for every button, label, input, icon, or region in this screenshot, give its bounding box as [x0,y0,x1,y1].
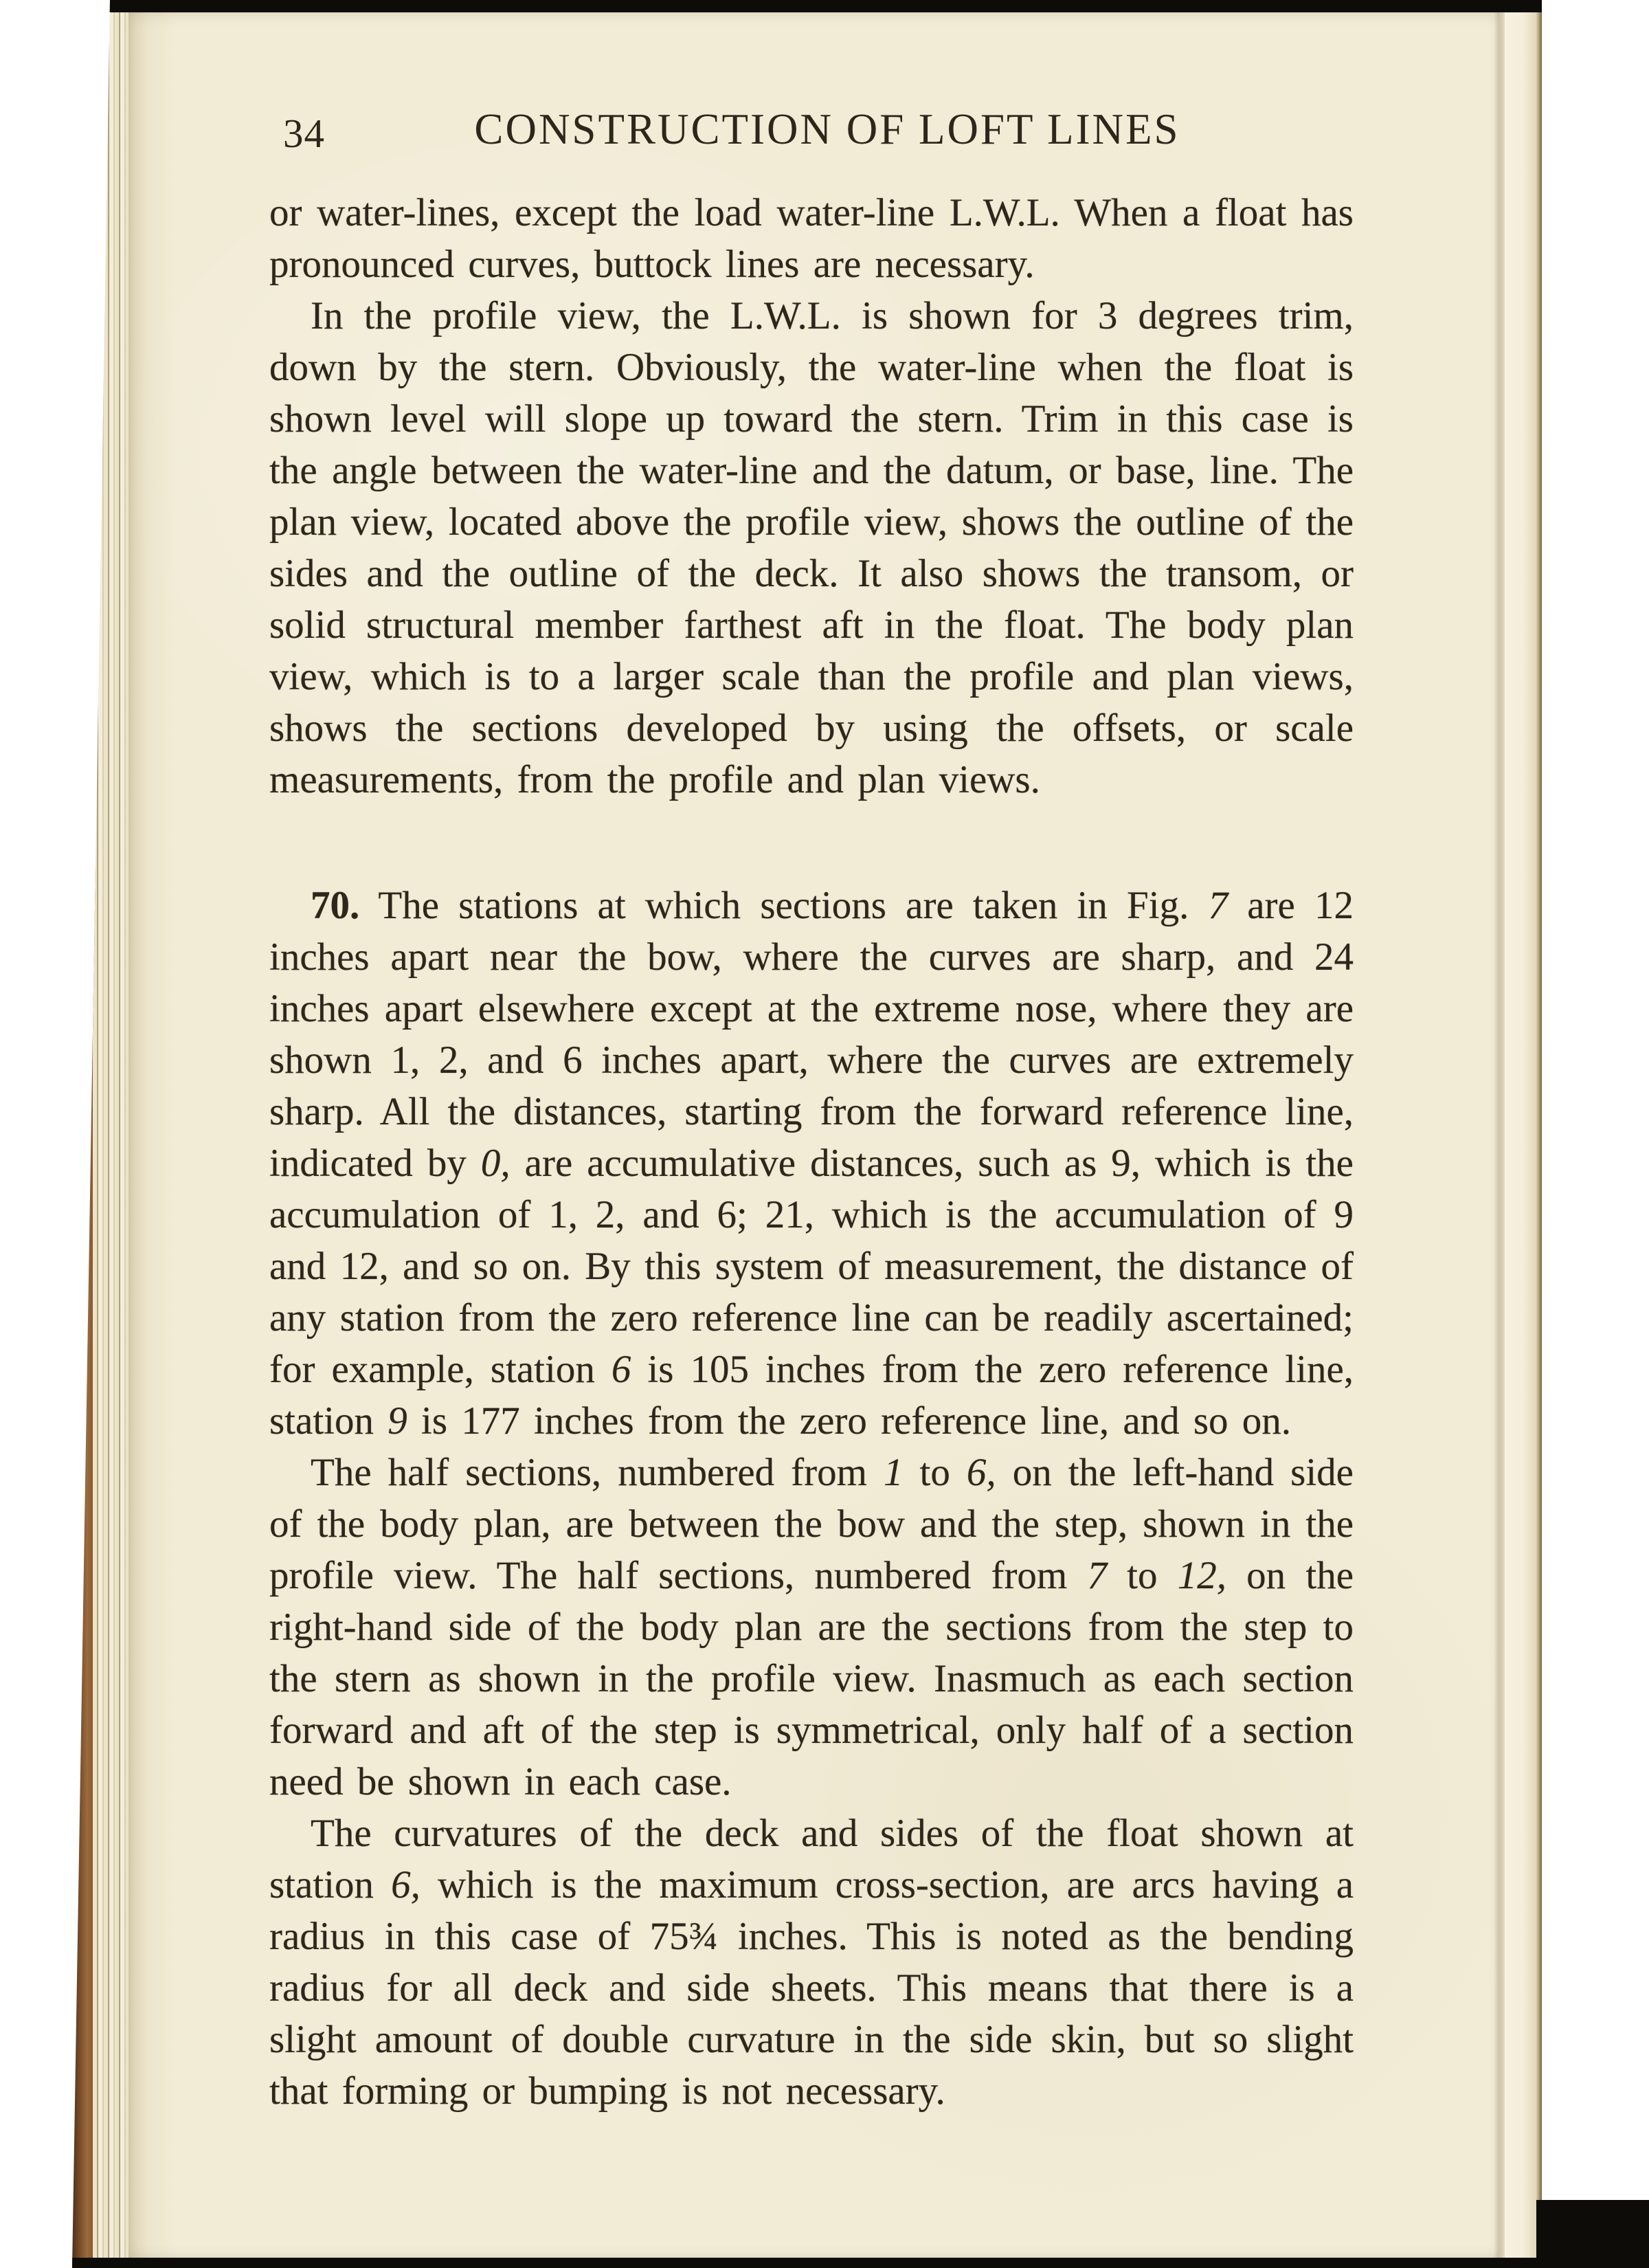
paragraph: In the profile view, the L.W.L. is shown… [269,290,1354,805]
text-segment: 6, [391,1863,420,1906]
text-segment: to [1107,1554,1178,1597]
photo-right-edge [1536,0,1542,2268]
paragraphs: or water-lines, except the load water-li… [269,187,1354,2117]
running-head: 34 CONSTRUCTION OF LOFT LINES [269,104,1354,159]
paragraph: The curvatures of the deck and sides of … [269,1808,1354,2117]
page-number: 34 [283,110,325,157]
text-segment: 1 [884,1451,904,1494]
page-text-block: 34 CONSTRUCTION OF LOFT LINES or water-l… [269,104,1354,2117]
text-segment: 0, [481,1142,511,1185]
text-segment: 7 [1209,884,1229,927]
text-segment: to [904,1451,967,1494]
text-segment: which is the maximum cross-section, are … [269,1863,1354,2113]
text-segment: or water-lines, except the load water-li… [269,191,1354,286]
text-segment: is 177 inches from the zero reference li… [407,1399,1291,1443]
page-fore-edge [1505,0,1536,2268]
text-segment: are 12 inches apart near the bow, where … [269,884,1354,1185]
text-segment: 12, [1178,1554,1226,1597]
text-segment: The half sections, numbered from [311,1451,884,1494]
book-spine-edge [72,0,96,2268]
text-segment: 7 [1087,1554,1107,1597]
page-title: CONSTRUCTION OF LOFT LINES [269,104,1354,155]
scan-backdrop-bottom [72,2258,1542,2268]
screenshot-root: { "page": { "number": "34", "title": "CO… [0,0,1649,2268]
text-segment: 6, [967,1451,996,1494]
paragraph: or water-lines, except the load water-li… [269,187,1354,290]
text-segment: In the profile view, the L.W.L. is shown… [269,294,1354,801]
text-segment: The stations at which sections are taken… [359,884,1208,927]
text-segment: 70. [311,884,359,927]
stacked-page-edges [93,0,130,2268]
text-segment: 6 [612,1348,631,1391]
text-segment: 9 [388,1399,407,1443]
scan-backdrop-corner [1536,2200,1649,2268]
paragraph: 70. The stations at which sections are t… [269,880,1354,1447]
paragraph: The half sections, numbered from 1 to 6,… [269,1447,1354,1808]
scan-backdrop-top [72,0,1542,12]
